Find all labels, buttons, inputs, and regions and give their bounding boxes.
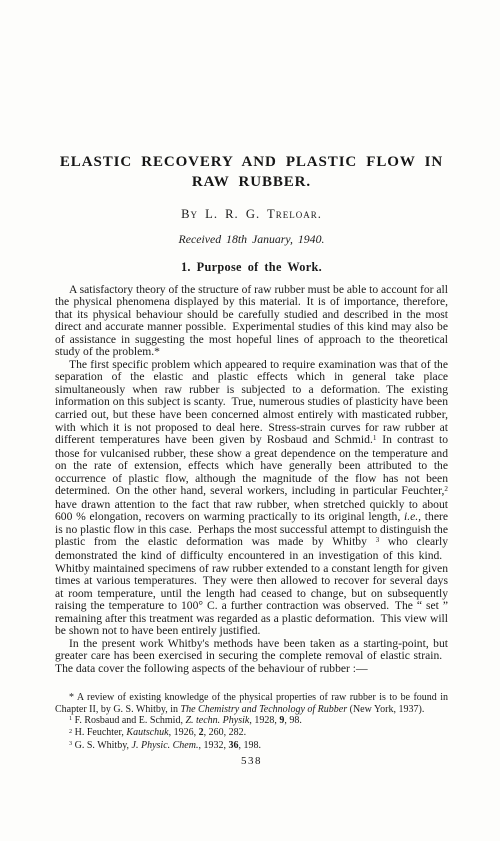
footnote-2-marker: 2 <box>69 728 72 735</box>
footnote-3-volume: 36 <box>228 740 238 751</box>
footnote-1-year: , 1928, <box>249 715 279 726</box>
footnote-2-pages: , 260, 282. <box>204 727 247 738</box>
footnote-3-pages: , 198. <box>238 740 261 751</box>
footnote-1-authors: F. Rosbaud and E. Schmid, <box>72 715 185 726</box>
paragraph-1: A satisfactory theory of the structure o… <box>55 284 448 359</box>
footnote-3: 3 G. S. Whitby, J. Physic. Chem., 1932, … <box>55 740 448 752</box>
paragraph-2-run-3: have drawn attention to the fact that ra… <box>55 498 448 524</box>
footnote-star: * A review of existing knowledge of the … <box>55 692 448 715</box>
footnote-3-authors: G. S. Whitby, <box>72 740 131 751</box>
footnote-ref-1: 1 <box>373 434 377 442</box>
article-body: A satisfactory theory of the structure o… <box>55 284 448 676</box>
footnote-1: 1 F. Rosbaud and E. Schmid, Z. techn. Ph… <box>55 715 448 727</box>
footnote-1-marker: 1 <box>69 715 72 722</box>
paragraph-2-run-5: who clearly demonstrated the kind of dif… <box>55 535 448 637</box>
article-content: ELASTIC RECOVERY AND PLASTIC FLOW IN RAW… <box>55 152 448 767</box>
document-page: ELASTIC RECOVERY AND PLASTIC FLOW IN RAW… <box>0 0 500 841</box>
footnote-3-year: , 1932, <box>198 740 228 751</box>
received-date: Received 18th January, 1940. <box>55 232 448 247</box>
footnote-2-year: , 1926, <box>169 727 199 738</box>
footnote-2: 2 H. Feuchter, Kautschuk, 1926, 2, 260, … <box>55 727 448 739</box>
paragraph-2: The first specific problem which appeare… <box>55 359 448 638</box>
page-title: ELASTIC RECOVERY AND PLASTIC FLOW IN RAW… <box>55 152 448 193</box>
footnote-ref-2: 2 <box>444 485 448 493</box>
section-heading: 1. Purpose of the Work. <box>55 260 448 275</box>
paragraph-2-italic: i.e., <box>404 510 421 523</box>
footnote-2-journal: Kautschuk <box>126 727 168 738</box>
footnote-3-journal: J. Physic. Chem. <box>132 740 199 751</box>
page-number: 538 <box>55 755 448 767</box>
footnote-1-pages: , 98. <box>284 715 302 726</box>
footnote-1-journal: Z. techn. Physik <box>185 715 249 726</box>
footnote-star-book-title: The Chemistry and Technology of Rubber <box>181 704 348 715</box>
paragraph-3: In the present work Whitby's methods hav… <box>55 638 448 676</box>
footnote-2-authors: H. Feuchter, <box>72 727 126 738</box>
footnote-3-marker: 3 <box>69 740 72 747</box>
footnote-ref-3: 3 <box>376 536 380 544</box>
footnote-star-text-2: (New York, 1937). <box>347 704 424 715</box>
author-byline: By L. R. G. Treloar. <box>55 207 448 222</box>
footnotes-section: * A review of existing knowledge of the … <box>55 692 448 751</box>
